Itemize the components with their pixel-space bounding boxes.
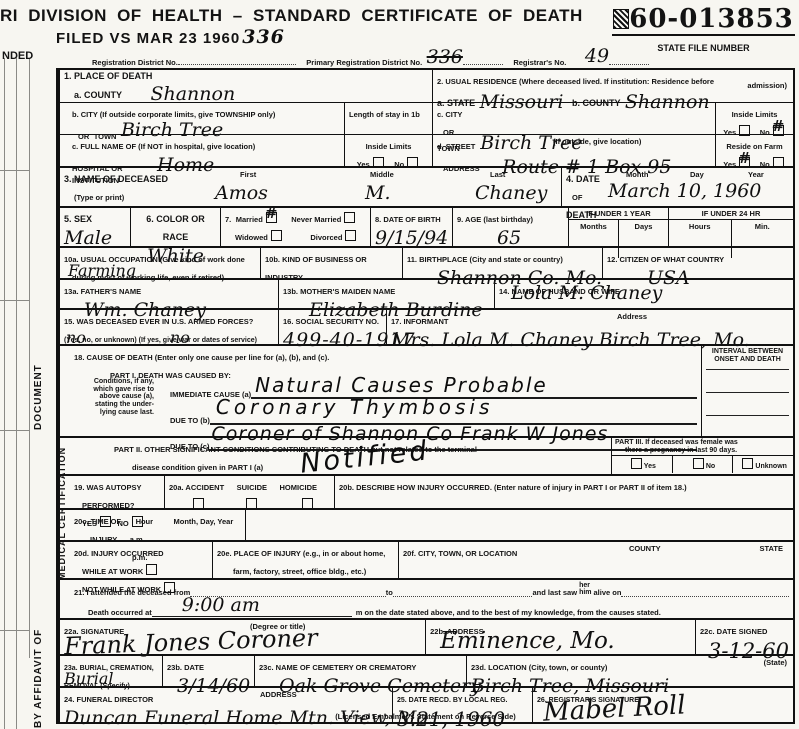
section-20d-label1: 20d. INJURY OCCURRED [74,549,164,558]
section-2-title: 2. USUAL RESIDENCE (Where deceased lived… [437,77,714,86]
field-1b-city: b. CITY (If outside corporate limits, gi… [60,102,432,134]
county-label: COUNTY [629,544,661,553]
to-label: to [386,588,393,597]
part3-label2: there a pregnancy in last 90 days. [625,447,737,454]
conditions-line1: Conditions, if any, [82,378,154,386]
never-married-label: Never Married [291,215,341,224]
cause-b-value: Coronary Thymbosis [216,395,494,419]
field-2c-label1: c. CITY [437,110,462,119]
month-day-year-label: Month, Day, Year [174,517,234,526]
pregnancy-unknown-label: Unknown [755,463,787,470]
checkbox-while-at-work [146,564,157,575]
checkbox-married-marked: # [266,212,277,223]
row-sex-race-marital: 5. SEX Male 6. COLOR OR RACE White 7. Ma… [60,206,793,246]
registration-line: Registration District No. Primary Regist… [92,48,649,70]
informant-address-label: Address [617,312,647,321]
field-1b-main: b. CITY (If outside corporate limits, gi… [60,103,344,134]
section-4-title: 4. DATE [566,174,600,184]
interval-blank-b [706,392,789,393]
field-4-value: March 10, 1960 [608,180,761,202]
registrar-no-value: 49 [585,45,609,67]
section-16-title: 16. SOCIAL SECURITY NO. [283,317,379,326]
conditions-line4: stating the under- [82,401,154,409]
section-7-marital-status: 7. Married# Never Married Widowed Divorc… [220,208,370,246]
while-at-work-label: WHILE AT WORK [82,567,143,576]
section-9-under-1-year: IF UNDER 1 YEAR Months Days [568,208,668,246]
under-24-hr-label: IF UNDER 24 HR [669,208,793,220]
part2-label2: disease condition given in PART I (a) [132,463,263,472]
section-15-sub: (Yes, no, or unknown) (If yes, give war … [64,337,257,344]
inside-limits-label-2: Inside Limits [732,110,778,119]
interval-blank-c [706,415,789,416]
field-1c-institution: c. FULL NAME OF (If NOT in hospital, giv… [60,134,432,166]
row-autopsy-injury: 19. WAS AUTOPSY PERFORMED? YES NO 20a. A… [60,474,793,508]
field-1a-label: a. COUNTY [74,90,122,100]
section-14-spouse: 14. NAME OF HUSBAND OR WIFE Lola M. Chan… [494,280,793,308]
section-23a-burial: 23a. BURIAL, CREMATION, REMOVAL (Specify… [60,656,162,686]
margin-grid-tick [0,300,30,301]
certificate-form: 1. PLACE OF DEATH a. COUNTY Shannon b. C… [56,68,795,724]
section-18-cause: 18. CAUSE OF DEATH (Enter only one cause… [60,346,701,436]
suicide-label: SUICIDE [237,483,267,492]
her-label: her [579,582,591,590]
registrar-no-label: Registrar's No. [513,58,566,67]
section-5-sex: 5. SEX Male [60,208,130,246]
row-occupation: 10a. USUAL OCCUPATION (Give kind of work… [60,246,793,278]
state-file-number: 60-013853 [629,4,794,34]
margin-grid-tick [0,630,30,631]
section-9-under-24-hr: IF UNDER 24 HR Hours Min. [668,208,793,246]
state-file-number-label: STATE FILE NUMBER [657,43,749,53]
section-23d-title: 23d. LOCATION (City, town, or county) [471,663,607,672]
row-place-residence: 1. PLACE OF DEATH a. COUNTY Shannon b. C… [60,70,793,166]
section-13a-father: 13a. FATHER'S NAME Wm. Chaney [60,280,278,308]
field-2c-main: c. CITY OR TOWN Birch Tree [433,103,715,134]
under-1-year-label: IF UNDER 1 YEAR [569,208,668,220]
row-injury-place: 20d. INJURY OCCURRED WHILE AT WORK NOT W… [60,540,793,578]
section-13b-mother: 13b. MOTHER'S MAIDEN NAME Elizabeth Burd… [278,280,494,308]
interval-column: INTERVAL BETWEEN ONSET AND DEATH [701,346,793,436]
section-23b-date: 23b. DATE 3/14/60 [162,656,254,686]
section-3-title: 3. NAME OF DECEASED [64,174,168,184]
section-23d-state-label: (State) [764,658,787,667]
section-20e-label2: farm, factory, street, office bldg., etc… [233,567,366,576]
amended-stamp-fragment: NDED [2,50,33,62]
section-20c-blank [246,510,793,540]
homicide-label: HOMICIDE [279,483,317,492]
field-1c-main: c. FULL NAME OF (If NOT in hospital, giv… [60,135,344,166]
stamp-hatch-icon [613,9,629,29]
part3-unknown: Unknown [732,456,793,473]
primary-registration-value: 336 [427,46,463,68]
section-15-title: 15. WAS DECEASED EVER IN U.S. ARMED FORC… [64,317,253,326]
handwritten-check-mark: # [772,117,785,135]
pregnancy-no-label: No [706,463,715,470]
section-20c-label1: 20c. TIME OF [74,517,121,526]
margin-label-medical-certification: MEDICAL CERTIFICATION [57,396,67,580]
margin-label-document: DOCUMENT [33,332,44,430]
row-forces-ssn-informant: 15. WAS DECEASED EVER IN U.S. ARMED FORC… [60,308,793,344]
field-1c-label: c. FULL NAME OF (If NOT in hospital, giv… [72,142,255,151]
section-12-citizen: 12. CITIZEN OF WHAT COUNTRY USA [602,248,793,278]
field-2c-city: c. CITY OR TOWN Birch Tree Inside Limits… [433,102,793,134]
attended-from-label: 21. I attended the deceased from [74,588,190,597]
alive-on-label: alive on [594,588,622,597]
checkbox-pregnancy-no [693,458,704,469]
checkbox-never-married [344,212,355,223]
section-2-title2: admission) [747,81,787,90]
registration-district-blank [178,64,296,65]
section-15-armed-forces: 15. WAS DECEASED EVER IN U.S. ARMED FORC… [60,310,278,344]
field-2ab-state-county: 2. USUAL RESIDENCE (Where deceased lived… [433,70,793,102]
field-3-middle-value: M. [365,182,391,204]
causes-stated-label: m on the date stated above, and to the b… [356,608,661,617]
row-signature: 22a. SIGNATURE (Degree or title) Frank J… [60,618,793,654]
field-26-signature-value: Mabel Roll [542,690,686,727]
section-22c-date-signed: 22c. DATE SIGNED 3-12-60 [695,620,793,654]
part3-pregnancy: PART III. If deceased was female was the… [611,438,793,474]
margin-grid-line [4,58,5,729]
section-20b-how-injury: 20b. DESCRIBE HOW INJURY OCCURRED. (Ente… [334,476,793,508]
attended-to-blank [393,596,533,597]
alive-on-blank [621,596,789,597]
section-20b-title: 20b. DESCRIBE HOW INJURY OCCURRED. (Ente… [339,483,687,492]
section-20e-place: 20e. PLACE OF INJURY (e.g., in or about … [212,542,398,578]
section-3-name-of-deceased: 3. NAME OF DECEASED First Middle Last (T… [60,168,561,206]
section-9-title: 9. AGE (last birthday) [457,215,533,224]
section-24-title: 24. FUNERAL DIRECTOR [64,695,153,704]
field-14-value: Lola M. Chaney [511,282,662,304]
part3-yes: Yes [612,456,672,473]
state-label: STATE [760,544,783,553]
section-23d-location: 23d. LOCATION (City, town, or county) (S… [466,656,793,686]
death-certificate-scan: { "header": { "title": "RI DIVISION OF H… [0,0,799,729]
death-time-value: 9:00 am [182,594,260,616]
length-of-stay-label: Length of stay in 1b [349,110,420,119]
section-22b-address: 22b. ADDRESS Eminence, Mo. [425,620,695,654]
section-18-title: 18. CAUSE OF DEATH (Enter only one cause… [74,353,329,362]
section-3-sub: (Type or print) [74,193,124,202]
row-part2-part3: PART II. OTHER SIGNIFICANT CONDITIONS CO… [60,436,793,474]
field-22b-value: Eminence, Mo. [440,628,615,654]
margin-grid-line [29,58,30,658]
field-2d-main: d. STREET (If outside, give location) AD… [433,135,715,166]
primary-registration-label: Primary Registration District No. [306,58,422,67]
embalmer-footnote: (Licensed Embalmer's Statement on Revers… [56,712,795,721]
filed-handwritten-number: 336 [242,26,285,48]
her-him-stack: her him [579,582,591,597]
section-10a-occupation: 10a. USUAL OCCUPATION (Give kind of work… [60,248,260,278]
registrar-no-blank [609,64,649,65]
section-8-date-of-birth: 8. DATE OF BIRTH 9/15/94 [370,208,452,246]
conditions-line5: lying cause last. [82,409,154,417]
divorced-label: Divorced [310,233,342,242]
field-1b-label: b. CITY (If outside corporate limits, gi… [72,110,275,119]
section-20f-location: 20f. CITY, TOWN, OR LOCATION COUNTY STAT… [398,542,793,578]
section-8-title: 8. DATE OF BIRTH [375,215,441,224]
interval-label1: INTERVAL BETWEEN [706,348,789,356]
reside-on-farm-label: Reside on Farm [726,142,782,151]
section-11-title: 11. BIRTHPLACE (City and state or countr… [407,255,563,264]
handwritten-check-mark: # [738,149,751,167]
section-17-title: 17. INFORMANT [391,317,449,326]
row-parents-spouse: 13a. FATHER'S NAME Wm. Chaney 13b. MOTHE… [60,278,793,308]
section-20d-at-work: 20d. INJURY OCCURRED WHILE AT WORK NOT W… [60,542,212,578]
field-1b-length-of-stay: Length of stay in 1b [344,103,432,134]
section-20c-time: 20c. TIME OF Hour Month, Day, Year INJUR… [60,510,246,540]
section-2-usual-residence: 2. USUAL RESIDENCE (Where deceased lived… [432,70,793,166]
part3-no: No [672,456,733,473]
section-23c-cemetery: 23c. NAME OF CEMETERY OR CREMATORY Oak G… [254,656,466,686]
header-month: Month [626,170,649,179]
section-20e-label1: 20e. PLACE OF INJURY (e.g., in or about … [217,549,385,558]
checkbox-widowed [271,230,282,241]
section-16-ssn: 16. SOCIAL SECURITY NO. 499-40-1917 [278,310,386,344]
section-9-age: 9. AGE (last birthday) 65 [452,208,568,246]
funeral-address-label: ADDRESS [260,690,297,699]
him-label: him [579,589,591,597]
accident-label: 20a. ACCIDENT [169,483,224,492]
death-occurred-label: Death occurred at [88,608,152,617]
conditions-line3: above cause (a), [82,393,154,401]
field-3-last-value: Chaney [475,182,547,204]
section-5-title: 5. SEX [64,214,92,224]
field-2c-inside-limits: Inside Limits Yes No# [715,103,793,134]
header-first: First [240,170,256,179]
header-last: Last [490,170,505,179]
row-time-of-injury: 20c. TIME OF Hour Month, Day, Year INJUR… [60,508,793,540]
section-6-title: 6. COLOR OR RACE [146,214,205,242]
row-cause-of-death: 18. CAUSE OF DEATH (Enter only one cause… [60,344,793,436]
last-saw-label: and last saw [532,588,577,597]
section-10b-industry: 10b. KIND OF BUSINESS OR INDUSTRY [260,248,402,278]
checkbox-pregnancy-yes [631,458,642,469]
header-middle: Middle [370,170,394,179]
field-1a-county: 1. PLACE OF DEATH a. COUNTY Shannon [60,70,432,102]
checkbox-pregnancy-unknown [742,458,753,469]
cause-b-line: Coronary Thymbosis [210,399,697,425]
section-23c-title: 23c. NAME OF CEMETERY OR CREMATORY [259,663,416,672]
section-7-num: 7. [225,215,231,224]
registration-district-label: Registration District No. [92,58,178,67]
pregnancy-yes-label: Yes [644,463,656,470]
row-name-dateofdeath: 3. NAME OF DECEASED First Middle Last (T… [60,166,793,206]
margin-grid-tick [0,430,30,431]
header-day: Day [690,170,704,179]
row-attended: 21. I attended the deceased from to and … [60,578,793,618]
section-19-autopsy: 19. WAS AUTOPSY PERFORMED? YES NO [60,476,164,508]
due-to-b-label: DUE TO (b) [170,416,210,425]
section-6-color-or-race: 6. COLOR OR RACE White [130,208,220,246]
field-1c-inside-limits: Inside Limits Yes No [344,135,432,166]
field-2d-hint: (If outside, give location) [553,137,641,146]
filed-stamp-text: FILED VS MAR 23 1960 [56,30,240,47]
section-1-place-of-death: 1. PLACE OF DEATH a. COUNTY Shannon b. C… [60,70,432,166]
margin-label-by-affidavit-of: BY AFFIDAVIT OF [33,622,44,728]
state-file-block: 60-013853 STATE FILE NUMBER [612,4,795,56]
section-25-title: 25. DATE RECD. BY LOCAL REG. [397,697,507,704]
section-23b-title: 23b. DATE [167,663,204,672]
field-3-first-value: Amos [215,182,268,204]
handwritten-check-mark: # [265,204,278,222]
conditions-line2: which gave rise to [82,386,154,394]
section-20a-manner: 20a. ACCIDENT SUICIDE HOMICIDE [164,476,334,508]
margin-grid-tick [0,170,30,171]
filed-stamp: FILED VS MAR 23 1960336 [56,26,285,48]
certificate-title: RI DIVISION OF HEALTH – STANDARD CERTIFI… [0,6,583,26]
field-2d-reside-on-farm: Reside on Farm Yes# No [715,135,793,166]
section-19-label1: 19. WAS AUTOPSY [74,483,142,492]
section-22a-signature: 22a. SIGNATURE (Degree or title) Frank J… [60,620,425,654]
death-time-line: 9:00 am [152,598,352,617]
conditions-note: Conditions, if any, which gave rise to a… [82,378,154,416]
field-2d-street: d. STREET (If outside, give location) AD… [433,134,793,166]
part3-label1: PART III. If deceased was female was [615,439,738,446]
header-year: Year [748,170,764,179]
section-4-title2: OF [572,193,582,202]
section-1-title: 1. PLACE OF DEATH [64,71,428,81]
section-13b-title: 13b. MOTHER'S MAIDEN NAME [283,287,395,296]
primary-registration-blank [463,64,503,65]
interval-blank-a [706,369,789,370]
inside-limits-label-1: Inside Limits [366,142,412,151]
section-21-attended: 21. I attended the deceased from to and … [60,580,793,618]
section-4-date-of-death: 4. DATE Month Day Year OF DEATH March 10… [561,168,793,206]
cause-a-value: Natural Causes Probable [255,373,548,397]
married-label: Married [236,215,263,224]
section-20f-title: 20f. CITY, TOWN, OR LOCATION [403,549,517,558]
section-11-birthplace: 11. BIRTHPLACE (City and state or countr… [402,248,602,278]
interval-label2: ONSET AND DEATH [706,356,789,364]
hour-label: Hour [136,517,154,526]
section-13a-title: 13a. FATHER'S NAME [64,287,141,296]
widowed-label: Widowed [235,233,268,242]
field-2d-label1: d. STREET [437,142,475,151]
section-12-title: 12. CITIZEN OF WHAT COUNTRY [607,255,724,264]
section-22c-title: 22c. DATE SIGNED [700,627,767,636]
row-burial: 23a. BURIAL, CREMATION, REMOVAL (Specify… [60,654,793,686]
part2-conditions: PART II. OTHER SIGNIFICANT CONDITIONS CO… [60,438,611,474]
section-17-informant: 17. INFORMANT Address Mrs. Lola M. Chane… [386,310,793,344]
checkbox-divorced [345,230,356,241]
margin-grid-line [16,58,17,729]
